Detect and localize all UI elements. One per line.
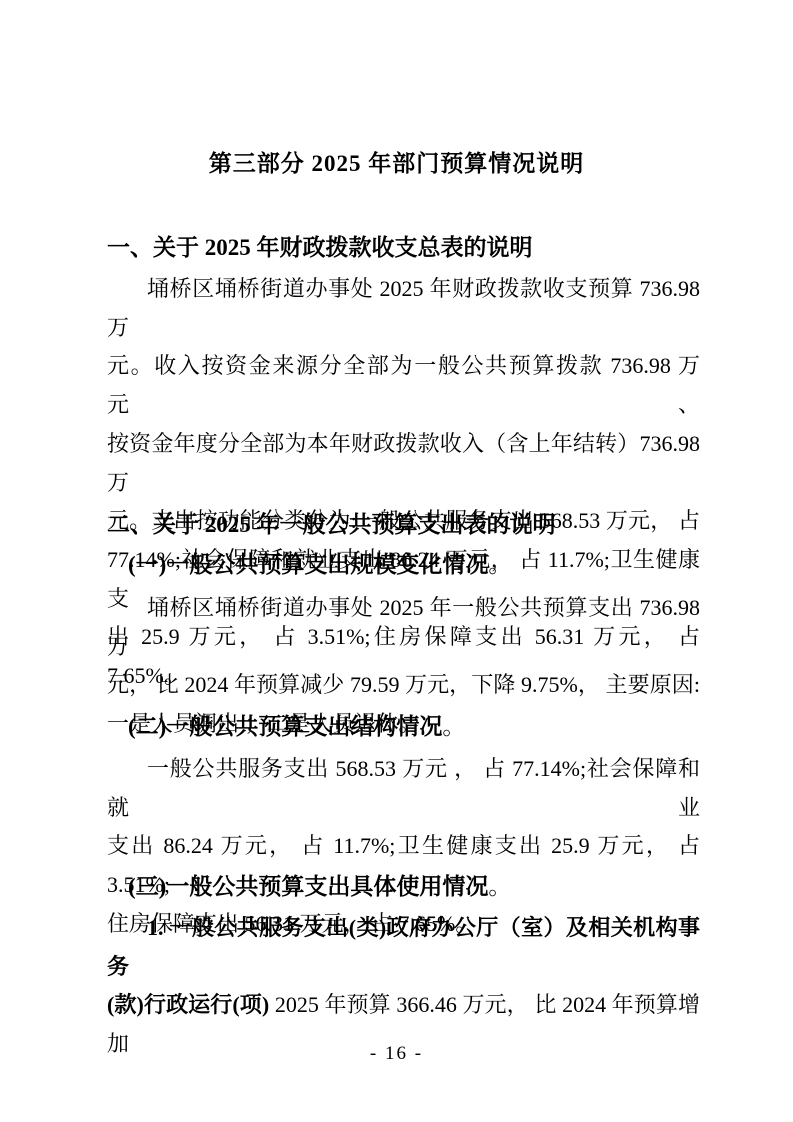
text-run: 。 [488, 552, 511, 577]
text-run: 。 [442, 714, 465, 739]
subsection-2-heading: (二)一般公共预算支出结构情况。 [107, 712, 700, 742]
document-page: 第三部分 2025 年部门预算情况说明 一、关于 2025 年财政拨款收支总表的… [0, 0, 793, 1122]
text-line: 1. 一般公共服务支出(类)政府办公厅（室）及相关机构事务 [107, 909, 700, 986]
text-run: 按资金年度分全部为本年财政拨款收入（含上年结转）736.98 万 [107, 431, 700, 495]
text-run: 元。收入按资金来源分全部为一般公共预算拨款 736.98 万元、 [107, 353, 700, 417]
text-run: (二)一般公共预算支出结构情况 [128, 714, 442, 739]
text-line: 埇桥区埇桥街道办事处 2025 年财政拨款收支预算 736.98 万 [107, 270, 700, 347]
section-1-heading: 一、关于 2025 年财政拨款收支总表的说明 [107, 233, 700, 263]
text-run: 1. 一般公共服务支出(类)政府办公厅（室）及相关机构事务 [107, 915, 700, 979]
text-line: (二)一般公共预算支出结构情况。 [128, 712, 700, 742]
text-run: 元， 比 2024 年预算减少 79.59 万元，下降 9.75%， 主要原因: [107, 672, 700, 697]
text-run: 埇桥区埇桥街道办事处 2025 年一般公共预算支出 736.98 万 [107, 595, 700, 659]
text-line: (一)一般公共预算支出规模变化情况。 [128, 550, 700, 580]
subsection-3-heading: (三)一般公共预算支出具体使用情况。 [107, 872, 700, 902]
text-run: 。 [488, 874, 511, 899]
page-number: - 16 - [0, 1042, 793, 1066]
text-run: 一般公共服务支出 568.53 万元 ， 占 77.14%;社会保障和就业 [107, 756, 700, 820]
text-run: 埇桥区埇桥街道办事处 2025 年财政拨款收支预算 736.98 万 [107, 276, 700, 340]
subsection-3-paragraph: 1. 一般公共服务支出(类)政府办公厅（室）及相关机构事务(款)行政运行(项) … [107, 909, 700, 1064]
text-line: 一般公共服务支出 568.53 万元 ， 占 77.14%;社会保障和就业 [107, 750, 700, 827]
text-line: 按资金年度分全部为本年财政拨款收入（含上年结转）736.98 万 [107, 425, 700, 502]
text-run: (三)一般公共预算支出具体使用情况 [128, 874, 488, 899]
document-title: 第三部分 2025 年部门预算情况说明 [0, 147, 793, 181]
subsection-1-heading: (一)一般公共预算支出规模变化情况。 [107, 550, 700, 580]
text-run: (款)行政运行(项) [107, 992, 269, 1017]
text-line: 元， 比 2024 年预算减少 79.59 万元，下降 9.75%， 主要原因: [107, 666, 700, 705]
text-run: (一)一般公共预算支出规模变化情况 [128, 552, 488, 577]
section-2-heading: 二、关于 2025 年一般公共预算支出表的说明 [107, 510, 700, 540]
text-line: (三)一般公共预算支出具体使用情况。 [128, 872, 700, 902]
text-line: 元。收入按资金来源分全部为一般公共预算拨款 736.98 万元、 [107, 347, 700, 424]
text-line: 埇桥区埇桥街道办事处 2025 年一般公共预算支出 736.98 万 [107, 589, 700, 666]
